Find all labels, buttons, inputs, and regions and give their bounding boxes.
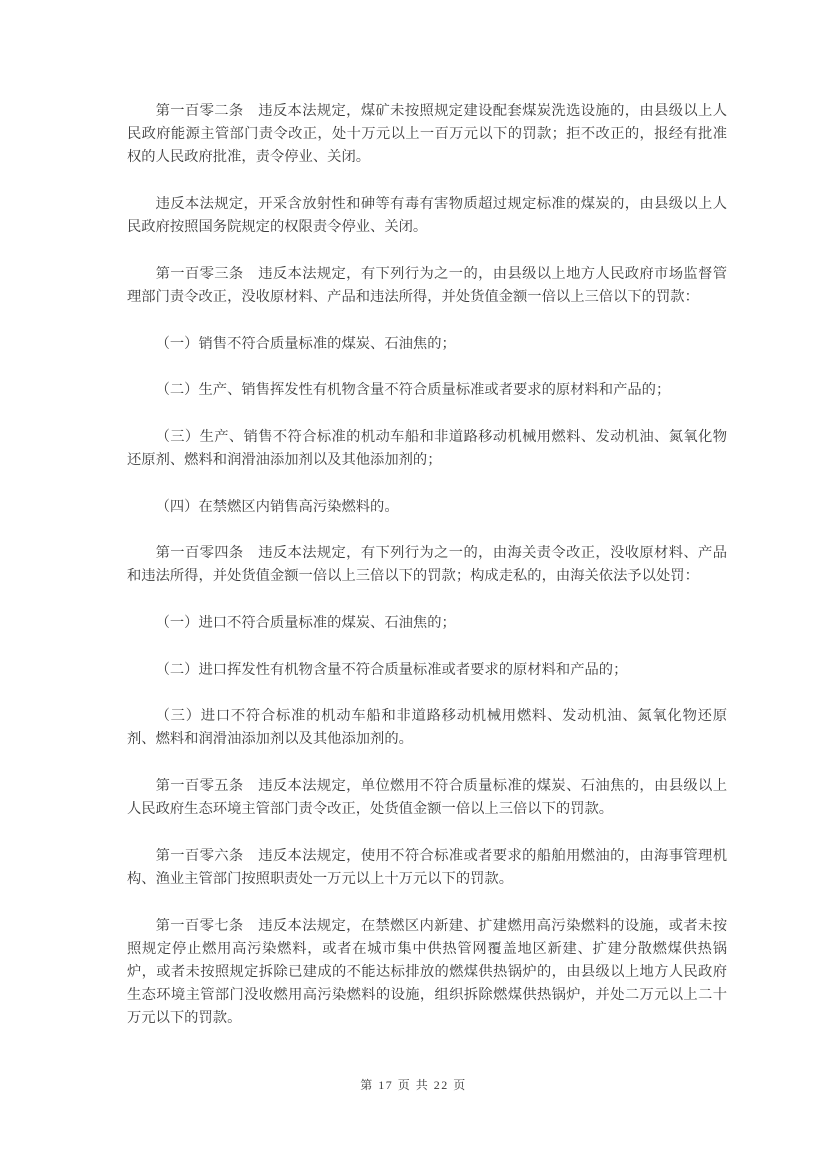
list-item-104-2: （二）进口挥发性有机物含量不符合质量标准或者要求的原材料和产品的；	[127, 659, 727, 682]
paragraph-article-102-clause-2: 违反本法规定，开采含放射性和砷等有毒有害物质超过规定标准的煤炭的，由县级以上人民…	[127, 193, 727, 239]
paragraph-article-102: 第一百零二条 违反本法规定，煤矿未按照规定建设配套煤炭洗选设施的，由县级以上人民…	[127, 100, 727, 170]
page-number-label: 第 17 页 共 22 页	[360, 1078, 467, 1092]
paragraph-article-103: 第一百零三条 违反本法规定，有下列行为之一的，由县级以上地方人民政府市场监督管理…	[127, 263, 727, 309]
paragraph-article-107: 第一百零七条 违反本法规定，在禁燃区内新建、扩建燃用高污染燃料的设施，或者未按照…	[127, 915, 727, 1031]
paragraph-article-105: 第一百零五条 违反本法规定，单位燃用不符合质量标准的煤炭、石油焦的，由县级以上人…	[127, 775, 727, 821]
list-item-103-2: （二）生产、销售挥发性有机物含量不符合质量标准或者要求的原材料和产品的；	[127, 379, 727, 402]
list-item-104-3: （三）进口不符合标准的机动车船和非道路移动机械用燃料、发动机油、氮氧化物还原剂、…	[127, 705, 727, 751]
paragraph-article-106: 第一百零六条 违反本法规定，使用不符合标准或者要求的船舶用燃油的，由海事管理机构…	[127, 845, 727, 891]
document-page: 第一百零二条 违反本法规定，煤矿未按照规定建设配套煤炭洗选设施的，由县级以上人民…	[0, 0, 827, 1170]
page-footer: 第 17 页 共 22 页	[0, 1077, 827, 1093]
list-item-103-4: （四）在禁燃区内销售高污染燃料的。	[127, 496, 727, 519]
list-item-104-1: （一）进口不符合质量标准的煤炭、石油焦的；	[127, 612, 727, 635]
list-item-103-3: （三）生产、销售不符合标准的机动车船和非道路移动机械用燃料、发动机油、氮氧化物还…	[127, 426, 727, 472]
list-item-103-1: （一）销售不符合质量标准的煤炭、石油焦的；	[127, 333, 727, 356]
document-body: 第一百零二条 违反本法规定，煤矿未按照规定建设配套煤炭洗选设施的，由县级以上人民…	[127, 100, 727, 1054]
paragraph-article-104: 第一百零四条 违反本法规定，有下列行为之一的，由海关责令改正，没收原材料、产品和…	[127, 542, 727, 588]
